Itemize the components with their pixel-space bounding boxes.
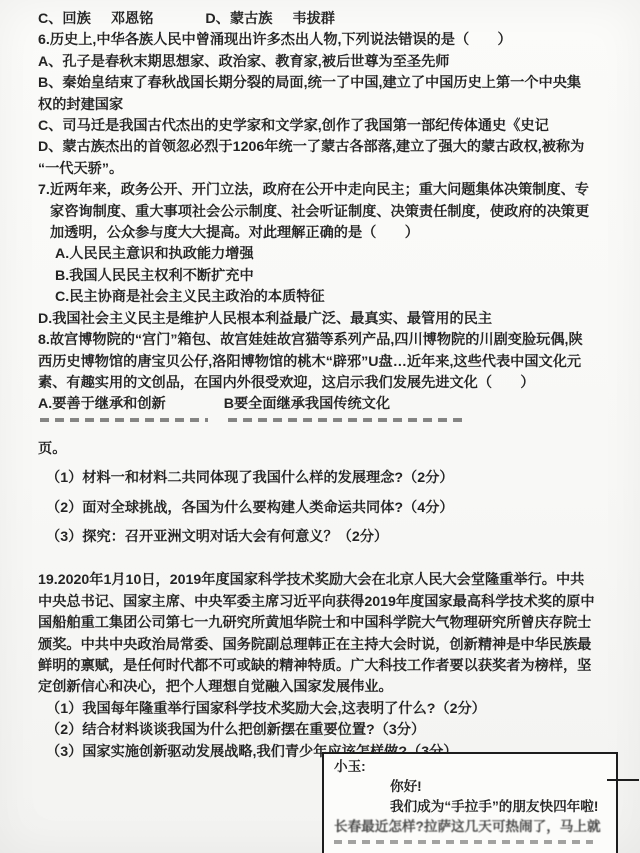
text-line: B、秦始皇结束了春秋战国长期分裂的局面,统一了中国,建立了中国历史上第一个中央集 [38,73,616,94]
text-line: A.人民民主意识和执政能力增强 [38,244,616,265]
text-line: B.我国人民民主权利不断扩充中 [38,266,616,287]
text-line: 6.历史上,中华各族人民中曾涌现出许多杰出人物,下列说法错误的是（ ） [38,30,616,51]
text-line: D、蒙古族杰出的首领忽必烈于1206年统一了蒙古各部落,建立了强大的蒙古政权,被… [38,137,616,158]
text-line: 7.近两年来，政务公开、开门立法，政府在公开中走向民主；重大问题集体决策制度、专 [38,180,616,201]
text-segment: A.要善于继承和创新 [38,394,166,415]
scanned-exam-page: C、回族邓恩铭D、蒙古族韦拔群6.历史上,中华各族人民中曾涌现出许多杰出人物,下… [0,0,640,853]
text-line: 页。 [38,439,616,460]
text-line: 国船舶重工集团公司第七一九研究所黄旭华院士和中国科学院大气物理研究所曾庆存院士 [38,613,616,634]
text-line: 家咨询制度、重大事项社会公示制度、社会听证制度、决策责任制度，使政府的决策更 [38,202,616,223]
text-line: C.民主协商是社会主义民主政治的本质特征 [38,287,616,308]
text-segment: C、回族 [38,9,91,30]
text-line: A.要善于继承和创新B要全面继承我国传统文化 [38,394,616,415]
text-line: 19.2020年1月10日，2019年度国家科学技术奖励大会在北京人民大会堂隆重… [38,570,616,591]
text-line: A、孔子是春秋末期思想家、政治家、教育家,被后世尊为至圣先师 [38,52,616,73]
margin-tick-line [607,779,639,781]
text-segment: B要全面继承我国传统文化 [224,394,390,415]
vertical-gap [38,460,616,468]
letter-note-box: 小玉: 你好! 我们成为“手拉手”的朋友快四年啦! 长春最近怎样?拉萨这几天可热… [322,752,618,853]
text-line: C、回族邓恩铭D、蒙古族韦拔群 [38,9,616,30]
text-line: （2）面对全球挑战，各国为什么要构建人类命运共同体?（4分） [38,498,616,519]
text-line: D.我国社会主义民主是维护人民根本利益最广泛、最真实、最管用的民主 [38,309,616,330]
text-line: （3）探究：召开亚洲文明对话大会有何意义？（2分） [38,527,616,548]
text-segment: 韦拔群 [292,9,335,30]
letter-recipient: 小玉: [334,757,610,777]
text-segment: 邓恩铭 [111,9,154,30]
text-line: 权的封建国家 [38,95,616,116]
clipped-text-fragment [38,418,616,425]
vertical-gap [38,490,616,498]
letter-greeting: 你好! [334,777,610,797]
text-line: （1）材料一和材料二共同体现了我国什么样的发展理念?（2分） [38,468,616,489]
text-line: 素、有趣实用的文创品，在国内外很受欢迎，这启示我们发展先进文化（ ） [38,373,616,394]
letter-line: 我们成为“手拉手”的朋友快四年啦! [334,797,610,817]
text-line: （1）我国每年隆重举行国家科学技术奖励大会,这表明了什么?（2分） [38,699,616,720]
text-segment: D、蒙古族 [205,9,272,30]
text-line: 加透明，公众参与度大大提高。对此理解正确的是（ ） [38,223,616,244]
clipped-text-fragment [334,840,593,844]
text-line: 鲜明的禀赋，是任何时代都不可或缺的精神特质。广大科技工作者要以获奖者为榜样，坚 [38,656,616,677]
text-line: “一代天骄”。 [38,159,616,180]
text-line: C、司马迁是我国古代杰出的史学家和文学家,创作了我国第一部纪传体通史《史记 [38,116,616,137]
vertical-gap [38,548,616,570]
text-line: （2）结合材料谈谈我国为什么把创新摆在重要位置?（3分） [38,720,616,741]
text-line: 西历史博物馆的唐宝贝公仔,洛阳博物馆的桃木“辟邪”U盘…近年来,这些代表中国文化… [38,352,616,373]
letter-line-partial: 长春最近怎样?拉萨这几天可热闹了，马上就 [334,817,610,837]
text-line: 8.故宫博物院的“宫门”箱包、故宫娃娃故宫猫等系列产品,四川博物院的川剧变脸玩偶… [38,330,616,351]
exam-text-body: C、回族邓恩铭D、蒙古族韦拔群6.历史上,中华各族人民中曾涌现出许多杰出人物,下… [0,0,640,763]
text-line: 颁奖。中共中央政治局常委、国务院副总理韩正在主持大会时说，创新精神是中华民族最 [38,635,616,656]
text-line: 定创新信心和决心，把个人理想自觉融入国家发展伟业。 [38,677,616,698]
vertical-gap [38,519,616,527]
text-line: 中央总书记、国家主席、中央军委主席习近平向获得2019年度国家最高科学技术奖的原… [38,592,616,613]
vertical-gap [38,425,616,439]
